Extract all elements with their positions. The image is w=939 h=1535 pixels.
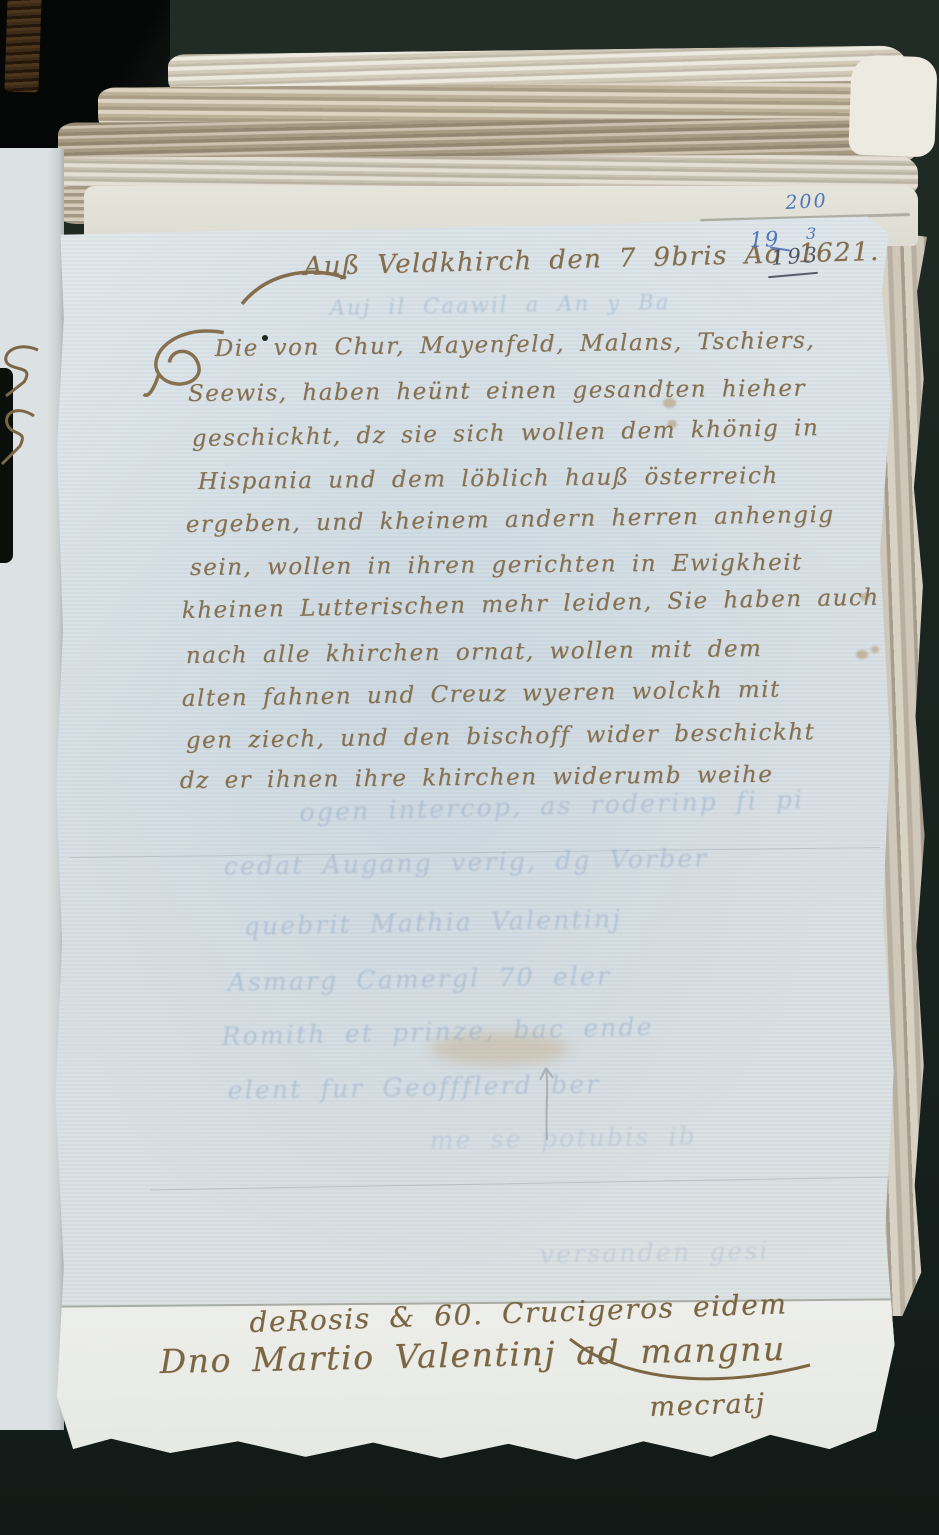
ghost-line: versanden gesi: [539, 1236, 769, 1269]
archive-photo: Auj il Caawil a An y Ba ogen intercop, a…: [0, 0, 939, 1535]
foxing-spot: [856, 650, 868, 659]
folio-number-blue-small: 3: [806, 224, 818, 243]
annotation-flourish: [560, 1325, 830, 1395]
left-page-ink-marks: [0, 338, 44, 468]
wood-frame-edge: [4, 0, 41, 93]
ghost-line: me se potubis ib: [429, 1121, 697, 1155]
folded-corner-sheet: [848, 55, 937, 158]
foxing-spot: [871, 646, 879, 653]
body-line: Seewis, haben heünt einen gesandten hieh…: [188, 376, 806, 407]
body-line: sein, wollen in ihren gerichten in Ewigk…: [190, 550, 803, 581]
folio-number-graphite: 193: [770, 243, 821, 270]
folio-number-under-sheet: 200: [785, 190, 828, 214]
